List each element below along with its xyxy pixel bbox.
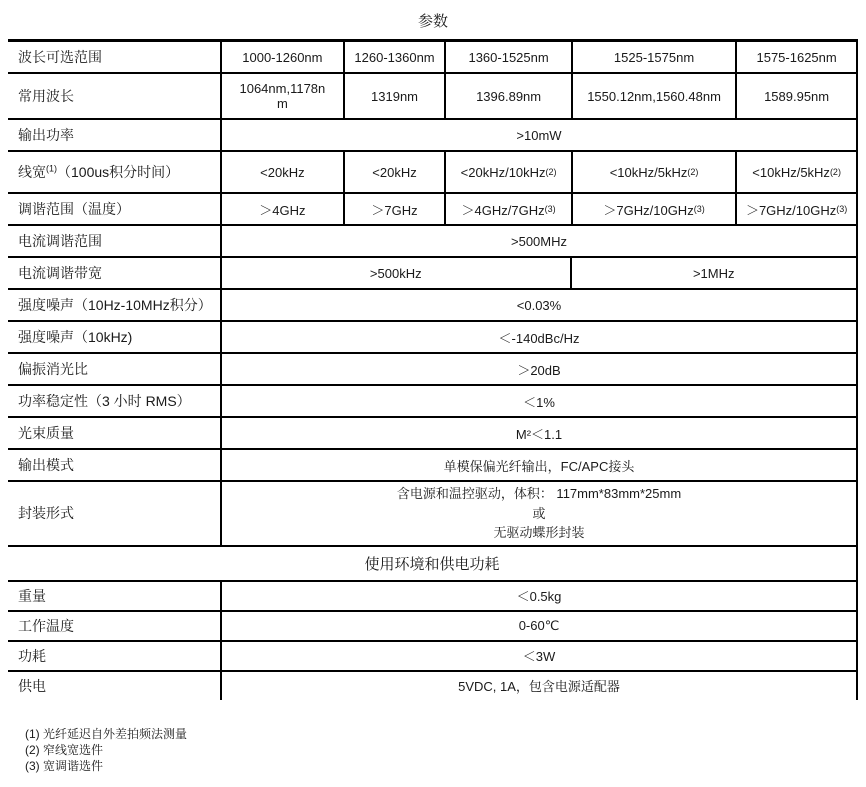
label-text: 线宽(1)（100us积分时间）: [18, 162, 179, 182]
cell-text: <10kHz/5kHz: [752, 165, 830, 180]
cell-text: ＞4GHz/7GHz: [462, 200, 545, 219]
section-header-row: 使用环境和供电功耗: [8, 547, 856, 582]
row-label: 电流调谐范围: [8, 226, 220, 256]
table-cell: ＜0.5kg: [220, 582, 856, 610]
footnote: (2) 窄线宽选件: [25, 742, 866, 758]
table-cell: M²＜1.1: [220, 418, 856, 448]
table-cell: ＞4GHz: [220, 194, 343, 224]
page-title: 参数: [0, 0, 866, 39]
spec-sheet: 参数 波长可选范围 1000-1260nm 1260-1360nm 1360-1…: [0, 0, 866, 774]
footnote-marker: (1): [46, 163, 57, 173]
table-cell: ＞7GHz/10GHz(3): [735, 194, 856, 224]
row-label: 功耗: [8, 642, 220, 670]
table-cell: ＞7GHz/10GHz(3): [571, 194, 735, 224]
table-cell: 1319nm: [343, 74, 445, 118]
table-cell: <20kHz: [343, 152, 445, 192]
cell-text: ＞4GHz: [259, 200, 305, 219]
table-cell: 含电源和温控驱动，体积： 117mm*83mm*25mm 或 无驱动蝶形封装: [220, 482, 856, 545]
table-cell: ＞4GHz/7GHz(3): [444, 194, 571, 224]
table-cell: <20kHz: [220, 152, 343, 192]
package-line-3: 无驱动蝶形封装: [493, 523, 584, 543]
table-cell: 单模保偏光纤输出，FC/APC接头: [220, 450, 856, 480]
table-cell: ＞20dB: [220, 354, 856, 384]
table-cell: 1575-1625nm: [735, 42, 856, 72]
table-row-wavelength-range: 波长可选范围 1000-1260nm 1260-1360nm 1360-1525…: [8, 42, 856, 74]
table-row-intensity-noise-10khz: 强度噪声（10kHz) ＜-140dBc/Hz: [8, 322, 856, 354]
row-label: 强度噪声（10kHz): [8, 322, 220, 352]
table-row-operating-temperature: 工作温度 0-60℃: [8, 612, 856, 642]
table-cell: 0-60℃: [220, 612, 856, 640]
cell-text: <10kHz/5kHz: [610, 165, 688, 180]
row-label: 波长可选范围: [8, 42, 220, 72]
footnote: (3) 宽调谐选件: [25, 758, 866, 774]
table-row-package-type: 封装形式 含电源和温控驱动，体积： 117mm*83mm*25mm 或 无驱动蝶…: [8, 482, 856, 547]
table-cell: ＜3W: [220, 642, 856, 670]
table-row-current-tuning-bandwidth: 电流调谐带宽 >500kHz >1MHz: [8, 258, 856, 290]
footnotes: (1) 光纤延迟自外差拍频法测量 (2) 窄线宽选件 (3) 宽调谐选件: [25, 726, 866, 775]
table-cell: 1550.12nm,1560.48nm: [571, 74, 735, 118]
row-label: 光束质量: [8, 418, 220, 448]
row-label: 偏振消光比: [8, 354, 220, 384]
row-label: 常用波长: [8, 74, 220, 118]
cell-text: 1064nm,1178nm: [237, 81, 327, 111]
table-row-intensity-noise-integrated: 强度噪声（10Hz-10MHz积分） <0.03%: [8, 290, 856, 322]
cell-text: ＞7GHz: [371, 200, 417, 219]
table-cell: <10kHz/5kHz(2): [735, 152, 856, 192]
cell-text: ＞7GHz/10GHz: [603, 200, 693, 219]
cell-text: <20kHz: [260, 165, 304, 180]
table-cell: 1360-1525nm: [444, 42, 571, 72]
table-row-power-consumption: 功耗 ＜3W: [8, 642, 856, 672]
row-label: 调谐范围（温度）: [8, 194, 220, 224]
row-label: 线宽(1)（100us积分时间）: [8, 152, 220, 192]
table-cell: 1260-1360nm: [343, 42, 445, 72]
table-cell: ＜1%: [220, 386, 856, 416]
table-cell: <10kHz/5kHz(2): [571, 152, 735, 192]
row-label: 功率稳定性（3 小时 RMS）: [8, 386, 220, 416]
row-label: 封装形式: [8, 482, 220, 545]
table-row-tuning-range-temp: 调谐范围（温度） ＞4GHz ＞7GHz ＞4GHz/7GHz(3) ＞7GHz…: [8, 194, 856, 226]
footnote: (1) 光纤延迟自外差拍频法测量: [25, 726, 866, 742]
table-cell: >1MHz: [570, 258, 857, 288]
row-label: 输出功率: [8, 120, 220, 150]
table-cell: >500kHz: [220, 258, 570, 288]
cell-text: ＞7GHz/10GHz: [746, 200, 836, 219]
table-cell: 1525-1575nm: [571, 42, 735, 72]
spec-table: 波长可选范围 1000-1260nm 1260-1360nm 1360-1525…: [8, 39, 858, 700]
row-label: 电流调谐带宽: [8, 258, 220, 288]
table-cell: 1000-1260nm: [220, 42, 343, 72]
package-line-1: 含电源和温控驱动，体积： 117mm*83mm*25mm: [397, 484, 681, 504]
row-label: 工作温度: [8, 612, 220, 640]
table-cell: <0.03%: [220, 290, 856, 320]
table-cell: ＞7GHz: [343, 194, 445, 224]
table-row-current-tuning-range: 电流调谐范围 >500MHz: [8, 226, 856, 258]
table-cell: ＜-140dBc/Hz: [220, 322, 856, 352]
table-row-polarization-extinction: 偏振消光比 ＞20dB: [8, 354, 856, 386]
table-row-weight: 重量 ＜0.5kg: [8, 582, 856, 612]
table-cell: 1396.89nm: [444, 74, 571, 118]
cell-text: <20kHz: [372, 165, 416, 180]
table-cell: 5VDC, 1A，包含电源适配器: [220, 672, 856, 700]
table-cell: <20kHz/10kHz(2): [444, 152, 571, 192]
row-label: 强度噪声（10Hz-10MHz积分）: [8, 290, 220, 320]
table-row-output-mode: 输出模式 单模保偏光纤输出，FC/APC接头: [8, 450, 856, 482]
table-row-power-supply: 供电 5VDC, 1A，包含电源适配器: [8, 672, 856, 700]
section-title: 使用环境和供电功耗: [364, 553, 499, 574]
package-line-2: 或: [532, 504, 545, 524]
table-cell: 1064nm,1178nm: [220, 74, 343, 118]
table-row-beam-quality: 光束质量 M²＜1.1: [8, 418, 856, 450]
table-row-linewidth: 线宽(1)（100us积分时间） <20kHz <20kHz <20kHz/10…: [8, 152, 856, 194]
cell-text: <20kHz/10kHz: [461, 165, 546, 180]
table-row-common-wavelengths: 常用波长 1064nm,1178nm 1319nm 1396.89nm 1550…: [8, 74, 856, 120]
table-cell: >10mW: [220, 120, 856, 150]
table-row-power-stability: 功率稳定性（3 小时 RMS） ＜1%: [8, 386, 856, 418]
table-row-output-power: 输出功率 >10mW: [8, 120, 856, 152]
row-label: 输出模式: [8, 450, 220, 480]
table-cell: 1589.95nm: [735, 74, 856, 118]
row-label: 供电: [8, 672, 220, 700]
row-label: 重量: [8, 582, 220, 610]
table-cell: >500MHz: [220, 226, 856, 256]
